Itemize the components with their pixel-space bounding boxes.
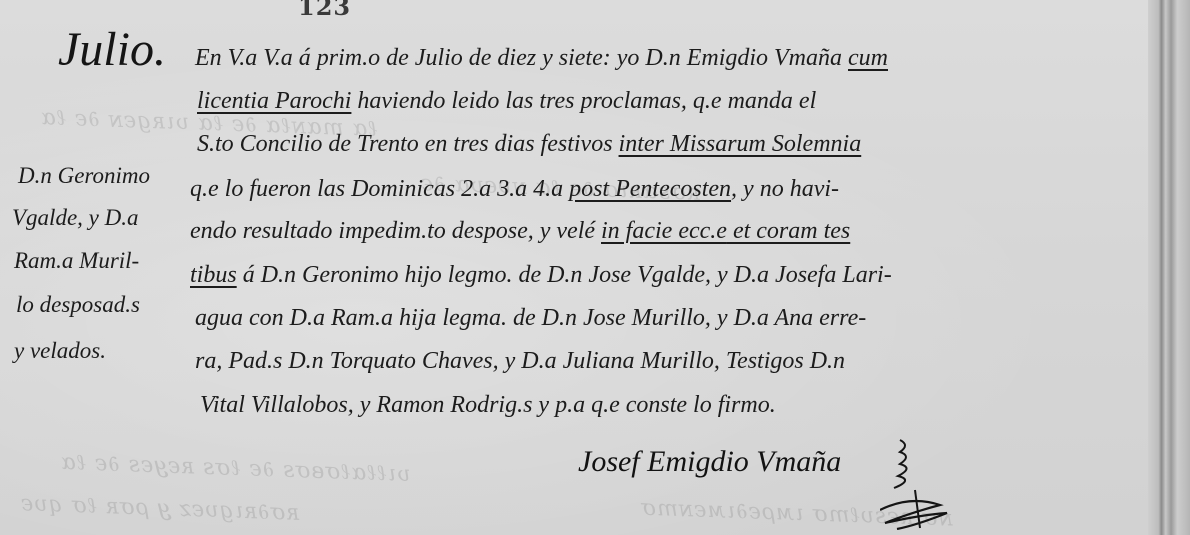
line-text: En V.a V.a á prim.o de Julio de diez y s… [195,45,848,71]
body-line: tibus á D.n Geronimo hijo legmo. de D.n … [190,262,892,289]
latin-phrase: licentia Parochi [197,88,351,114]
line-text: agua con D.a Ram.a hija legma. de D.n Jo… [195,305,866,331]
line-text: endo resultado impedim.to despose, y vel… [190,218,601,244]
manuscript-page: ℓα mαɴℓα ∂є ℓα ʋιʀgєɴ ∂є ℓα ʀσsαʀισ ∂є ℓ… [0,0,1190,535]
body-line: ra, Pad.s D.n Torquato Chaves, y D.a Jul… [195,348,845,375]
body-line: agua con D.a Ram.a hija legma. de D.n Jo… [195,305,866,332]
latin-phrase: inter Missarum Solemnia [619,131,862,157]
margin-note-line: Ram.a Muril- [14,248,139,274]
line-text: haviendo leido las tres proclamas, q.e m… [351,88,816,114]
latin-phrase: post Pentecosten [569,176,731,202]
body-line: Vital Villalobos, y Ramon Rodrig.s y p.a… [200,392,776,419]
bleed-through-text: ʋιℓℓαℓσвσs ∂є ℓσs ʀєყєs ∂є ℓα [60,449,411,487]
latin-phrase: et coram tes [727,218,850,244]
line-text: á D.n Geronimo hijo legmo. de D.n Jose V… [237,262,892,288]
latin-phrase: cum [848,45,888,71]
signature-flourish-icon [880,435,950,530]
line-text: q.e lo fueron las Dominicas 2.a 3.a 4.a [190,176,569,202]
line-text: , y no havi- [731,176,839,202]
body-line: S.to Concilio de Trento en tres dias fes… [197,131,861,158]
page-number: 123 [298,0,351,21]
body-line: endo resultado impedim.to despose, y vel… [190,218,850,245]
body-line: licentia Parochi haviendo leido las tres… [197,88,816,115]
line-text: Vital Villalobos, y Ramon Rodrig.s y p.a… [200,392,776,418]
bleed-through-text: ʀσ∂ʀιgυєz ყ ρσʀ ℓσ qυє [20,490,300,526]
latin-phrase: in facie ecc.e [601,218,727,244]
month-heading: Julio. [58,22,166,77]
margin-note-line: lo desposad.s [16,292,140,318]
body-line: En V.a V.a á prim.o de Julio de diez y s… [195,45,888,72]
body-line: q.e lo fueron las Dominicas 2.a 3.a 4.a … [190,176,839,203]
binding-gutter [1148,0,1190,535]
priest-signature: Josef Emigdio Vmaña [578,445,841,479]
line-text: S.to Concilio de Trento en tres dias fes… [197,131,619,157]
latin-phrase: tibus [190,262,237,288]
margin-note-line: y velados. [14,338,106,364]
line-text: ra, Pad.s D.n Torquato Chaves, y D.a Jul… [195,348,845,374]
margin-note-line: D.n Geronimo [18,163,150,189]
margin-note-line: Vgalde, y D.a [12,205,138,231]
